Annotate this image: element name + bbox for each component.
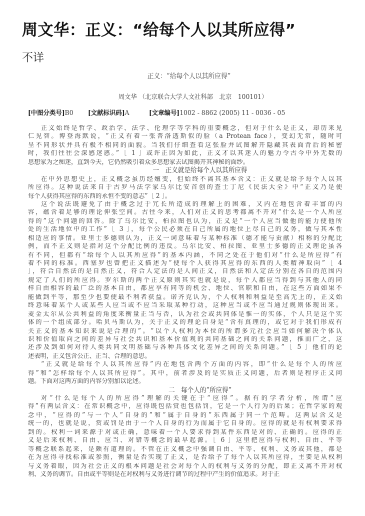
article-body: 正义始终是哲学、政治学、法学、伦理学等学科的重要概念，但对于什么是正义，却历来见… (28, 125, 342, 479)
paragraph: 这个说法既避免了由于概念过于冗长所造成的理解上的困难，又内在地包含着丰富的内容，… (28, 201, 342, 361)
text-line: 得”和“怎样给每个人以其所应得”。其中，前者涉及的是实质正义问题，后者则是程序正… (28, 370, 342, 378)
text-line: 麦金太尔从公共利益的角度来衡量正当与否，认为社会或共同体是惟一的实体，个人只是这… (28, 311, 342, 319)
text-line: 得”有两层含义：在常识概念中，应得既包括赏也包括罚，它是一个人行为的后果；在哲学… (28, 403, 342, 411)
text-line: 识和价值取向之间的差异与社会共识和基本价值观的共同基础之间的关系问题，推而广之，… (28, 336, 342, 344)
text-line: 在为应得寻找标准或参照，衡量是否实现了正义，是否给予了每个人以其所应得，主要是从… (28, 454, 342, 462)
text-line: 时，我们往往会深感迷惑。”［ 1 ］或许正因为如此，正义才以其迷人的魅力令古今中… (28, 150, 342, 158)
article-number-value: 1002 - 8862 (2005) 11 - 0036 - 05 (180, 110, 286, 117)
document-author: 不详 (22, 49, 44, 65)
clc-label: [中图分类号] (28, 110, 65, 117)
text-line: 能做到平等，那至少也要使最不利者获益。诺齐克认为，个人权利和利益是至高无上的，正… (28, 294, 342, 302)
text-line: 容，蕴含着足够的理论伸张空间。古往今来，人们对正义的思考都离不开对“什么是一个人… (28, 209, 342, 217)
text-line: 义是后来权利、自由、应当、对错等概念的最早起源。［ 6 ］这里把应得与权利、自由… (28, 437, 342, 445)
text-line: 关正义的基本知识来说是合理的”。“以个人权利为本位的所谓多元社会应当如何解决个体… (28, 328, 342, 336)
text-line: 相适应的事情。亚里士多德则认为，正义一词意味着与某种标准（德才能与贡献）相称的分… (28, 235, 342, 243)
text-line: 等概念联系起来，是颇有道理的。不管在正义概念中强调自由、平等、权利、义务或其他，… (28, 446, 342, 454)
scanned-article: 正义：“给每个人以其所应得” 周文华 （北京联合大学人文社科部 北京 10010… (28, 72, 342, 479)
section-heading: 一 正义就是给每个人以其所应得 (58, 167, 342, 175)
section-heading: 二 每个人的“所应得” (58, 387, 342, 395)
text-line: 对“什么是每个人的所应得”理解的关键在于“应得”。据有的学者分析，所谓“应 (28, 395, 342, 403)
text-line: 在中外思想史上，正义概念虽历经嬗变，但始终不离其基本含义：正义就是给予每个人以其 (28, 176, 342, 184)
text-line: 仁见智。博登海默说，“正义有着一张普洛透斯似的脸（a Protean face）… (28, 133, 342, 141)
text-line: 样自由相容的最广泛的基本自由，都应享有同等的机会、地位、官职和自由，在这些方面如… (28, 285, 342, 293)
text-line: “正义就是给每个人以其所应得”内在地包含两个方面的内容，即“什么是每个人的所应 (28, 361, 342, 369)
text-line: 正义始终是哲学、政治学、法学、伦理学等学科的重要概念，但对于什么是正义，却历来见 (28, 125, 342, 133)
paragraph: 对“什么是每个人的所应得”理解的关键在于“应得”。据有的学者分析，所谓“应得”有… (28, 395, 342, 479)
text-line: 利、义务的调节。自由或平等则是在对权利与义务进行调节的过程中产生的价值追求。对于… (28, 471, 342, 479)
text-line: 统一的，也就是说，赏或罚是由于一个人自身的行为而属于它自身的。应得的就是有权利要… (28, 420, 342, 428)
text-line: 呈不同形状并具有极不相同的面貌。当我们仔细查看这张脸并试图解开隐藏其表面背后的秘… (28, 142, 342, 150)
article-number-label: [文章编号] (149, 110, 180, 117)
text-line: 所应得。这种说法来自于古罗马法学家乌尔比安首创的查士丁尼《民法大全》中“正义乃是… (28, 184, 342, 192)
clc-number: [中图分类号]B0 (28, 109, 88, 118)
text-line: 得的”这个问题的回答。除了乌尔比安，柏拉图也认为，正义是“一个人应当做他的能力使… (28, 218, 342, 226)
article-number: [文章编号]1002 - 8862 (2005) 11 - 0036 - 05 (149, 109, 285, 118)
document-page: 周文华：正义：“给每个人以其所应得” 不详 正义：“给每个人以其所应得” 周文华… (0, 0, 365, 516)
text-line: 思想家为之痴迷，直到今天，它仍然吸引着众多思想家去试图揭开其神秘的面纱。 (28, 159, 342, 167)
paragraph: 在中外思想史上，正义概念虽历经嬗变，但始终不离其基本含义：正义就是给予每个人以其… (28, 176, 342, 201)
document-code-value: A (125, 110, 129, 117)
text-line: 终意味着某个人或某些人应当或不应当采取某种行动，这种应当或不应当通过规则体现出来… (28, 302, 342, 310)
text-line: ］，符合自然法的是自然正义，符合人定法的是人间正义，自然法和人定法分别在各自的范… (28, 268, 342, 276)
clc-value: B0 (65, 110, 73, 117)
text-line: 着不同的标准。西塞罗也曾把正义描述为“使每个人获得其应得的东西的人类精神取向”［… (28, 260, 342, 268)
text-line: 有不同，但都有“给每个人以其所应得”的基本内涵，不同之处在于他们对“什么是所应得… (28, 252, 342, 260)
text-line: 述表明，正义包含公正、正当、合理的意思。 (28, 353, 342, 361)
text-line: 与义务着眼，因为社会正义的根本问题是社会对每个人的权利与义务的分配，即正义离不开… (28, 463, 342, 471)
paragraph: 正义始终是哲学、政治学、法学、伦理学等学科的重要概念，但对于什么是正义，却历来见… (28, 125, 342, 167)
text-line: 这个说法既避免了由于概念过于冗长所造成的理解上的困难，又内在地包含着丰富的内 (28, 201, 342, 209)
article-title: 正义：“给每个人以其所应得” (36, 72, 342, 81)
document-code: [文献标识码]A (88, 109, 149, 118)
text-line: 体的一个组成部分。哈贝马斯认为，关于正义的理论自身是“含有真理的，或它对于我们形… (28, 319, 342, 327)
text-line: 题。下面对这两方面的内容分别加以论述。 (28, 378, 342, 386)
text-line: 例，而不正义则是指对这个分配比例的违反。乌尔比安、柏拉图、亚里士多德的正义理论虽… (28, 243, 342, 251)
text-line: 每个人获得其应得的东西的永恒不变的意志”［ 2 ］。 (28, 193, 342, 201)
text-line: 处的生活地位中的工作”［ 3 ］，每个公民必须在自己所属的地位上尽自己的义务，做… (28, 226, 342, 234)
text-line: 规定了人们的所应得。罗尔斯的两个正义原则其实也就是说，每个人都应当得到与其他人的… (28, 277, 342, 285)
text-line: 到的。权利一词来源于对或正确，意味着一个人要求得到某件东西是对的、正确的。应得的… (28, 429, 342, 437)
document-title: 周文华：正义：“给每个人以其所应得” (22, 18, 296, 40)
text-line: 念中，“应得的”与一个人“自身的”和“属于自身的”东西属于同一个范畴。这两层含义… (28, 412, 342, 420)
paragraph: “正义就是给每个人以其所应得”内在地包含两个方面的内容，即“什么是每个人的所应得… (28, 361, 342, 386)
article-byline: 周文华 （北京联合大学人文社科部 北京 100101） (44, 93, 342, 102)
document-code-label: [文献标识码] (88, 110, 125, 117)
article-meta: [中图分类号]B0 [文献标识码]A [文章编号]1002 - 8862 (20… (28, 109, 342, 118)
text-line: 还涉及到如何对待人类共同文明基础与各种具体文化差异之间的关系问题。”［ 5 ］他… (28, 344, 342, 352)
